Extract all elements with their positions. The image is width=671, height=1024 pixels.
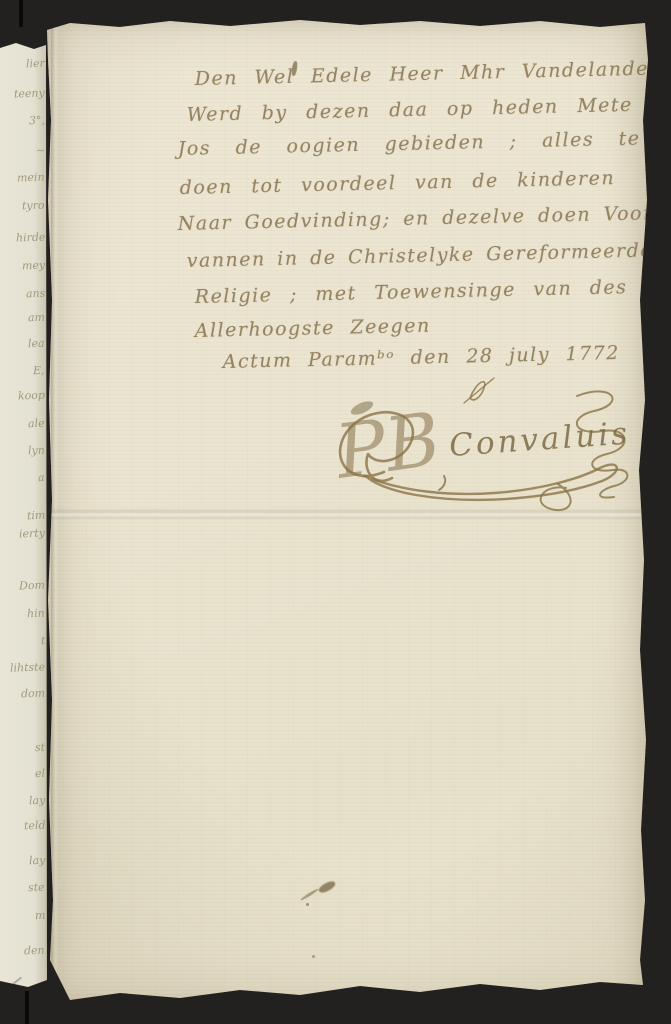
signature-flourish: PB Convaluis (322, 376, 662, 522)
ink-blot (317, 879, 337, 895)
page-fragment-text: dom (21, 688, 45, 700)
page-fragment-text: ierty (19, 528, 45, 540)
page-fragment-text: st (35, 742, 45, 753)
page-fragment-text: tim (26, 510, 45, 522)
manuscript-page: Den Wel Edele Heer Mhr Vandelande Werd b… (40, 14, 652, 1010)
manuscript-line: doen tot voordeel van de kinderen (180, 167, 616, 199)
page-fragment-text: lyn (28, 445, 45, 457)
page-fragment-text: tyro (22, 200, 45, 212)
page-fragment-text: lay (29, 795, 46, 807)
page-fragment-text: mein (17, 172, 45, 184)
page-fragment-text: am (28, 312, 45, 324)
manuscript-line: Den Wel Edele Heer Mhr Vandelande (195, 58, 650, 90)
page-fragment-text: t (40, 635, 45, 646)
manuscript-line: Naar Goedvinding; en dezelve doen Voort, (178, 202, 671, 235)
adjacent-page-edge: lierteeny3°,~meintyrohirdemeyansamleaE,k… (0, 40, 48, 992)
page-fragment-text: lier (26, 58, 45, 70)
ink-streak (300, 888, 319, 902)
manuscript-line: Jos de oogien gebieden ; alles te (178, 128, 641, 160)
page-fragment-text: 3°, (29, 115, 45, 127)
page-fragment-text: koop (18, 390, 45, 402)
page-fragment-text: mey (22, 260, 46, 272)
page-fragment-text: ~ (36, 145, 46, 156)
page-fragment-text: a (38, 472, 45, 483)
page-fragment-text: lay (29, 855, 46, 867)
page-fragment-text: ste (28, 882, 45, 894)
page-fragment-text: E, (33, 365, 45, 376)
signature-name: Convaluis (448, 415, 631, 464)
binding-gap-line-top (19, 0, 23, 27)
page-fragment-text: m (34, 910, 45, 921)
page-fragment-text: Dom (19, 580, 45, 592)
page-fragment-text: ale (28, 418, 45, 430)
manuscript-dateline: Actum Paramᵇᵒ den 28 july 1772 (223, 342, 621, 373)
binding-gap-line-bottom (25, 991, 29, 1024)
page-fragment-text: hin (27, 608, 45, 620)
page-fragment-text: teeny (14, 87, 45, 99)
manuscript-scan: lierteeny3°,~meintyrohirdemeyansamleaE,k… (0, 0, 671, 1024)
ink-dot (312, 955, 315, 958)
page-fragment-text: el (35, 768, 45, 779)
page-fragment-text: hirde (15, 231, 45, 243)
page-fragment-text: den (24, 945, 45, 957)
page-fragment-text: lea (28, 338, 45, 350)
vertical-fold-crease (51, 14, 59, 1010)
page-fragment-text: lihtste (10, 661, 45, 673)
manuscript-line: Werd by dezen daa op heden Mete Traan (187, 92, 671, 126)
ink-dot (306, 903, 309, 906)
manuscript-line: vannen in de Christelyke Gereformeerde (187, 239, 654, 272)
page-fragment-text: ans (26, 288, 46, 300)
pencil-mark (9, 977, 22, 988)
page-fragment-text: teld (23, 820, 45, 832)
manuscript-line: Religie ; met Toewensinge van des (195, 276, 628, 308)
manuscript-line: Allerhoogste Zeegen (195, 315, 431, 342)
